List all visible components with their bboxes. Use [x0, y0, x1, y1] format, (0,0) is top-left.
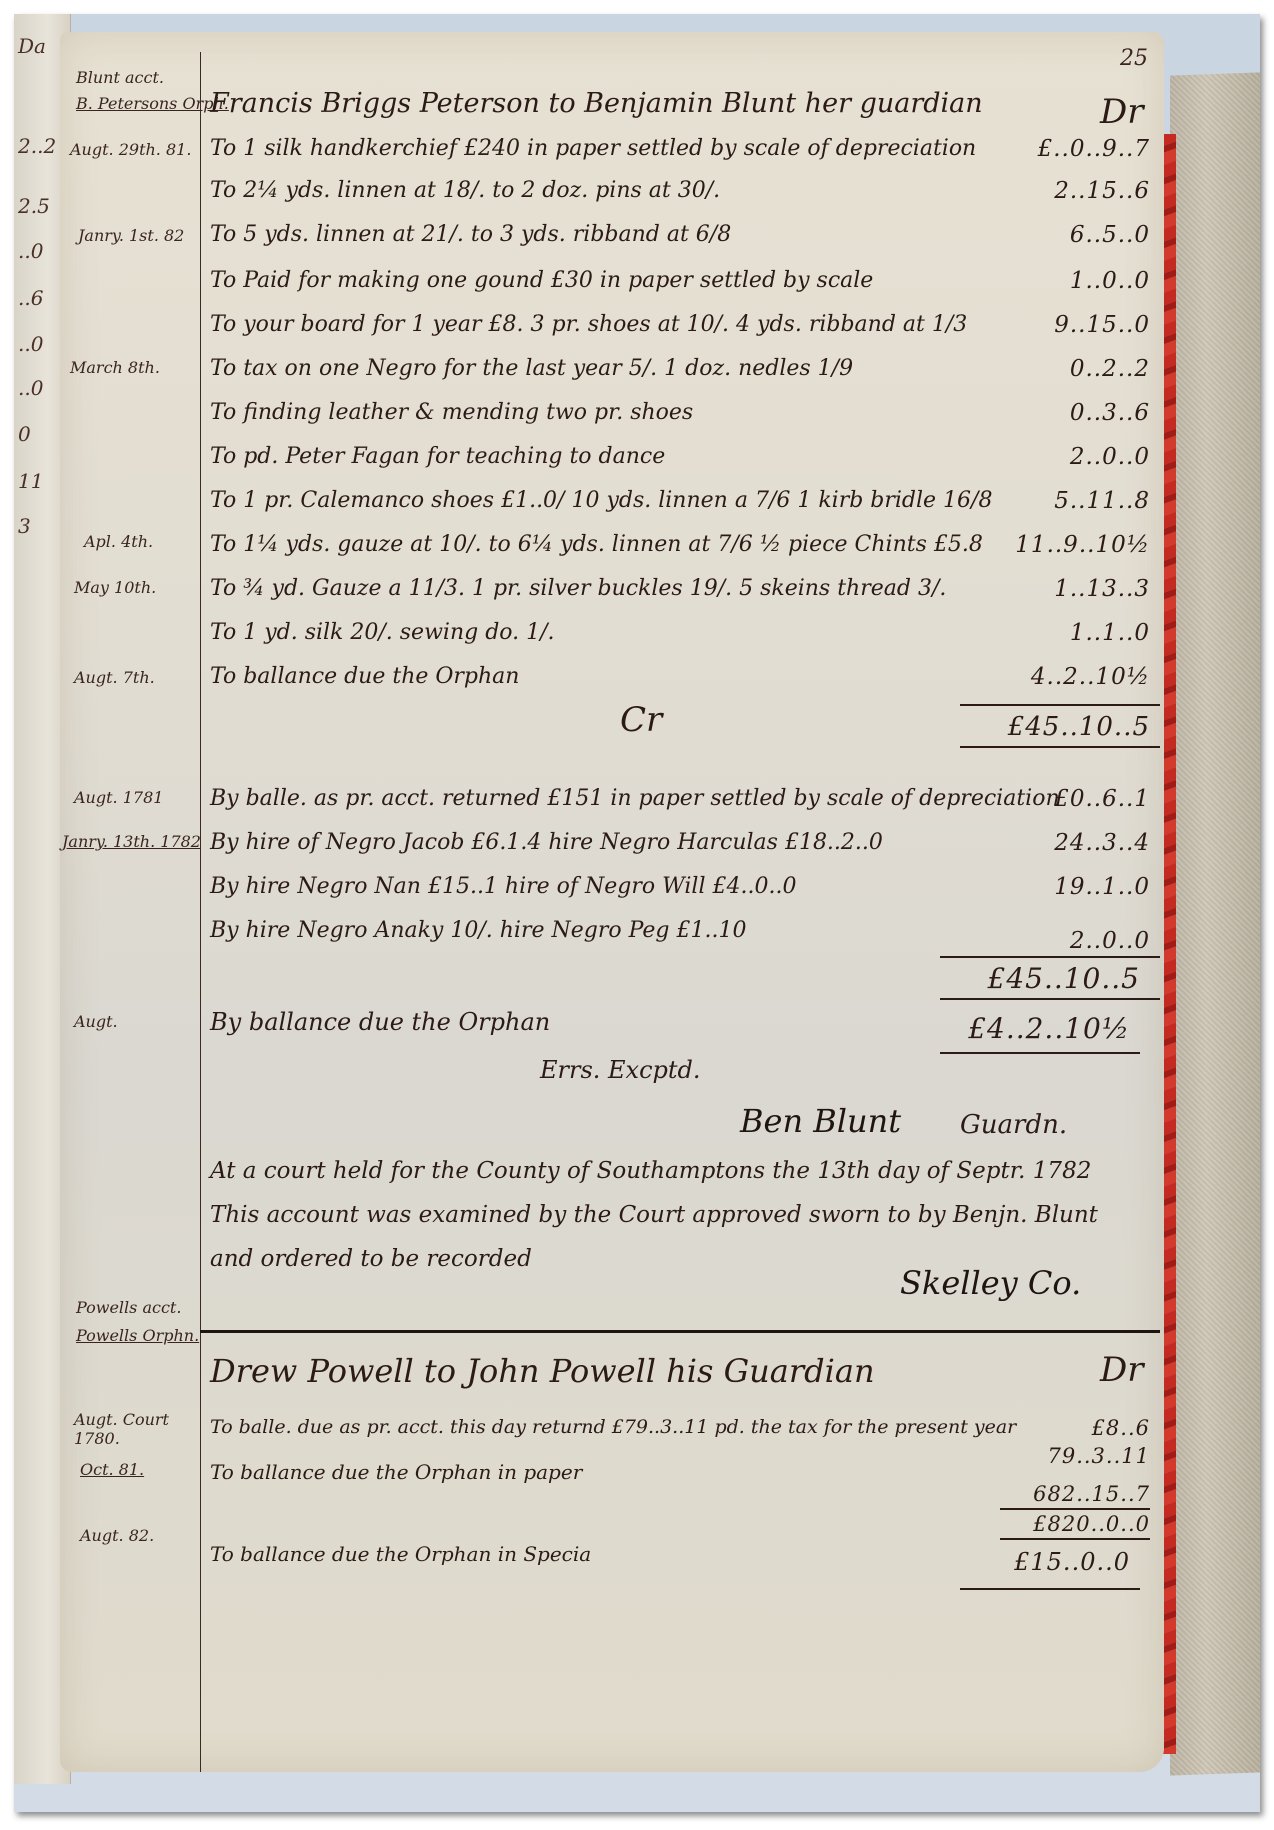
entry-text: By hire Negro Anaky 10/. hire Negro Peg …: [210, 918, 746, 943]
facing-page-fragment: 11: [18, 469, 43, 493]
book-cover-cloth: [1170, 72, 1260, 1775]
entry-text: To 1 yd. silk 20/. sewing do. 1/.: [210, 620, 555, 645]
margin-rule: [200, 52, 201, 1772]
clerk-signature: Skelley Co.: [900, 1264, 1081, 1302]
entry-date: Augt.: [74, 1012, 118, 1031]
court-note-line: At a court held for the County of Southa…: [210, 1158, 1091, 1184]
total-rule: [940, 1052, 1140, 1054]
total-rule: [940, 956, 1160, 958]
entry-text: To pd. Peter Fagan for teaching to dance: [210, 444, 665, 469]
entry-text: To 5 yds. linnen at 21/. to 3 yds. ribba…: [210, 222, 731, 247]
facing-page-fragment: 0: [18, 422, 31, 446]
total-rule: [960, 704, 1160, 706]
margin-orphan-label: Powells Orphn.: [76, 1326, 199, 1345]
facing-page-fragment: ..6: [18, 286, 43, 310]
entry-text: To ballance due the Orphan in paper: [210, 1460, 582, 1484]
guardian-title: Guardn.: [960, 1110, 1067, 1140]
entry-amount: 1..1..0: [940, 620, 1150, 646]
photo-frame: Da 2..2 2.5 ..0 ..6 ..0 ..0 0 11 3 25 Bl…: [14, 14, 1260, 1812]
entry-amount: 9..15..0: [940, 312, 1150, 338]
entry-date: Janry. 1st. 82: [78, 226, 184, 245]
facing-page-fragment: 2..2: [18, 134, 56, 158]
total-rule: [940, 998, 1160, 1000]
balance-amount: £4..2..10½: [920, 1012, 1130, 1045]
margin-orphan-label: B. Petersons Orph.: [76, 94, 229, 113]
balance-text: By ballance due the Orphan: [210, 1008, 550, 1036]
entry-date: Janry. 13th. 1782: [62, 832, 201, 851]
entry-amount: £15..0..0: [920, 1548, 1130, 1576]
entry-date: Augt. 7th.: [74, 668, 155, 687]
credit-total: £45..10..5: [930, 962, 1140, 995]
entry-amount: 2..0..0: [940, 444, 1150, 470]
entry-amount: 5..11..8: [940, 488, 1150, 514]
entry-text: To Paid for making one gound £30 in pape…: [210, 268, 873, 293]
total-rule: [960, 1588, 1140, 1590]
court-note-line: This account was examined by the Court a…: [210, 1202, 1098, 1228]
entry-amount: 0..3..6: [940, 400, 1150, 426]
entry-text: By balle. as pr. acct. returned £151 in …: [210, 786, 1060, 811]
facing-page-fragment: ..0: [18, 376, 43, 400]
entry-date: Augt. 1781: [74, 788, 163, 807]
account-title: Francis Briggs Peterson to Benjamin Blun…: [210, 88, 983, 119]
debit-label: Dr: [1100, 92, 1144, 132]
entry-text: To 1 silk handkerchief £240 in paper set…: [210, 136, 976, 161]
entry-amount: 1..13..3: [940, 576, 1150, 602]
account-title: Drew Powell to John Powell his Guardian: [210, 1352, 875, 1390]
entry-text: To 1¼ yds. gauze at 10/. to 6¼ yds. linn…: [210, 532, 983, 557]
entry-date: Oct. 81.: [80, 1460, 144, 1479]
facing-page-fragment: Da: [18, 34, 46, 58]
entry-amount: £820..0..0: [940, 1512, 1150, 1536]
guardian-signature: Ben Blunt: [740, 1102, 901, 1140]
entry-amount: 24..3..4: [940, 830, 1150, 856]
entry-date: Augt. 82.: [80, 1526, 154, 1545]
entry-amount: £8..6: [940, 1416, 1150, 1440]
entry-amount: 2..0..0: [940, 928, 1150, 954]
entry-amount: 79..3..11: [940, 1444, 1150, 1468]
total-rule: [1000, 1538, 1150, 1540]
errors-excepted: Errs. Excptd.: [540, 1056, 701, 1084]
entry-date: Augt. 29th. 81.: [70, 140, 191, 159]
entry-amount: 11..9..10½: [940, 532, 1150, 558]
entry-amount: 2..15..6: [940, 178, 1150, 204]
entry-date: May 10th.: [74, 578, 156, 597]
entry-date: Apl. 4th.: [84, 532, 153, 551]
total-rule: [1000, 1508, 1150, 1510]
facing-page-fragment: 3: [18, 514, 31, 538]
facing-page-fragment: 2.5: [18, 194, 50, 218]
entry-amount: 682..15..7: [940, 1482, 1150, 1506]
entry-text: To 1 pr. Calemanco shoes £1..0/ 10 yds. …: [210, 488, 992, 513]
entry-text: To tax on one Negro for the last year 5/…: [210, 356, 853, 381]
entry-text: By hire of Negro Jacob £6.1.4 hire Negro…: [210, 830, 883, 855]
entry-text: By hire Negro Nan £15..1 hire of Negro W…: [210, 874, 796, 899]
entry-amount: 19..1..0: [940, 874, 1150, 900]
entry-amount: £..0..9..7: [940, 136, 1150, 162]
entry-amount: £0..6..1: [940, 786, 1150, 812]
total-rule: [960, 746, 1160, 748]
entry-text: To your board for 1 year £8. 3 pr. shoes…: [210, 312, 967, 337]
entry-date: March 8th.: [70, 358, 160, 377]
margin-account-label: Powells acct.: [76, 1298, 181, 1317]
entry-text: To ballance due the Orphan: [210, 664, 519, 689]
entry-amount: 1..0..0: [940, 268, 1150, 294]
entry-date: Augt. Court 1780.: [74, 1410, 184, 1448]
facing-page-fragment: ..0: [18, 332, 43, 356]
page-number: 25: [1120, 46, 1148, 71]
facing-page-fragment: ..0: [18, 239, 43, 263]
entry-amount: 0..2..2: [940, 356, 1150, 382]
credit-label: Cr: [620, 700, 662, 740]
red-page-edge: [1162, 134, 1176, 1754]
ledger-page: 25 Blunt acct. B. Petersons Orph. Franci…: [60, 32, 1164, 1772]
debit-label: Dr: [1100, 1350, 1144, 1390]
court-note-line: and ordered to be recorded: [210, 1246, 532, 1272]
entry-text: To ballance due the Orphan in Specia: [210, 1542, 591, 1566]
entry-text: To balle. due as pr. acct. this day retu…: [210, 1416, 1016, 1438]
entry-text: To 2¼ yds. linnen at 18/. to 2 doz. pins…: [210, 178, 720, 203]
entry-text: To ¾ yd. Gauze a 11/3. 1 pr. silver buck…: [210, 576, 946, 601]
margin-account-label: Blunt acct.: [76, 68, 164, 87]
entry-amount: 4..2..10½: [940, 664, 1150, 690]
debit-total: £45..10..5: [940, 712, 1150, 742]
entry-amount: 6..5..0: [940, 222, 1150, 248]
entry-text: To finding leather & mending two pr. sho…: [210, 400, 693, 425]
account-separator: [200, 1330, 1160, 1333]
